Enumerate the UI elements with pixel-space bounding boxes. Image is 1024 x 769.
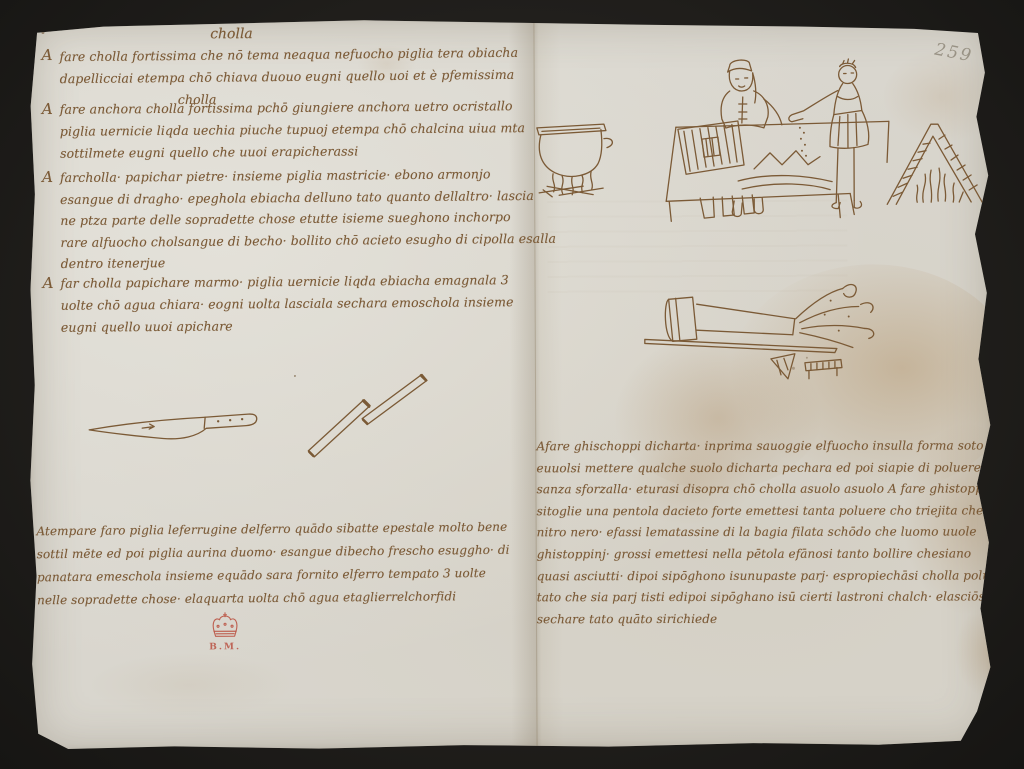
tent-kiln-with-fire-drawing — [881, 116, 997, 209]
text-line: nelle sopradette chose· elaquarta uolta … — [37, 585, 510, 613]
text-line: sottilmete eugni quello che uuoi erapich… — [60, 139, 525, 165]
text-line: uolte chō agua chiara· eogni uolta lasci… — [61, 291, 514, 317]
initial-letter: A — [42, 170, 53, 185]
page-header-title: cholla — [176, 26, 286, 42]
text-line: sanza sforzalla· eturasi disopra chō cho… — [537, 479, 1011, 501]
text-line: quasi asciutti· dipoi sipōghono isunupas… — [537, 565, 1011, 587]
initial-letter: A — [42, 102, 53, 117]
two-figures-at-table-drawing — [642, 52, 898, 225]
stamp-label: B.M. — [201, 642, 249, 652]
manuscript-photo: { "document": { "description": "medieval… — [0, 0, 1024, 769]
gunpowder-paragraph: Afare ghischoppi dicharta· inprima sauog… — [536, 435, 1010, 630]
recipe-paragraph-2: fare anchora cholla fortissima pchō giun… — [60, 95, 526, 165]
cauldron-on-fire-drawing — [531, 113, 627, 201]
bm-stamp: B.M. — [201, 609, 249, 652]
initial-letter: A — [43, 276, 54, 291]
text-line: sitoglie una pentola dacieto forte emett… — [537, 500, 1011, 522]
knife-drawing — [85, 399, 260, 452]
tempering-paragraph: Atempare faro piglia leferrugine delferr… — [36, 516, 510, 613]
hand-cannon-firing-drawing — [642, 266, 885, 405]
ink-speck — [294, 375, 296, 377]
text-line: tato che sia parj tisti edipoi sipōghano… — [537, 587, 1011, 609]
text-line: dapellicciai etempa chō chiava duouo eug… — [60, 64, 519, 90]
initial-letter: A — [42, 48, 53, 63]
text-line: piglia uernicie liqda uechia piuche tupu… — [60, 117, 525, 143]
folio-number: 259 — [933, 41, 974, 66]
text-line: eugni quello uuoi apichare — [61, 313, 514, 339]
text-line: Afare ghischoppi dicharta· inprima sauog… — [536, 435, 1010, 457]
paper-stain — [84, 652, 294, 718]
recipe-paragraph-4: far cholla papichare marmo· piglia uerni… — [60, 269, 513, 339]
crown-icon — [205, 609, 245, 641]
text-line: ghistoppinj· grossi emettesi nella pētol… — [537, 543, 1011, 565]
text-line: rare alfuocho cholsangue di becho· bolli… — [60, 227, 556, 253]
crossed-sticks-drawing — [300, 366, 445, 462]
text-line: euuolsi mettere qualche suolo dicharta p… — [537, 457, 1011, 479]
recipe-paragraph-3: farcholla· papichar pietre· insieme pigl… — [60, 163, 557, 275]
manuscript-spread: cholla A fare cholla fortissima che nō t… — [26, 14, 994, 752]
ink-speck — [41, 31, 44, 34]
text-line: nitro nero· efassi lematassine di la bag… — [537, 522, 1011, 544]
text-line: sechare tato quāto sirichiede — [537, 608, 1011, 630]
